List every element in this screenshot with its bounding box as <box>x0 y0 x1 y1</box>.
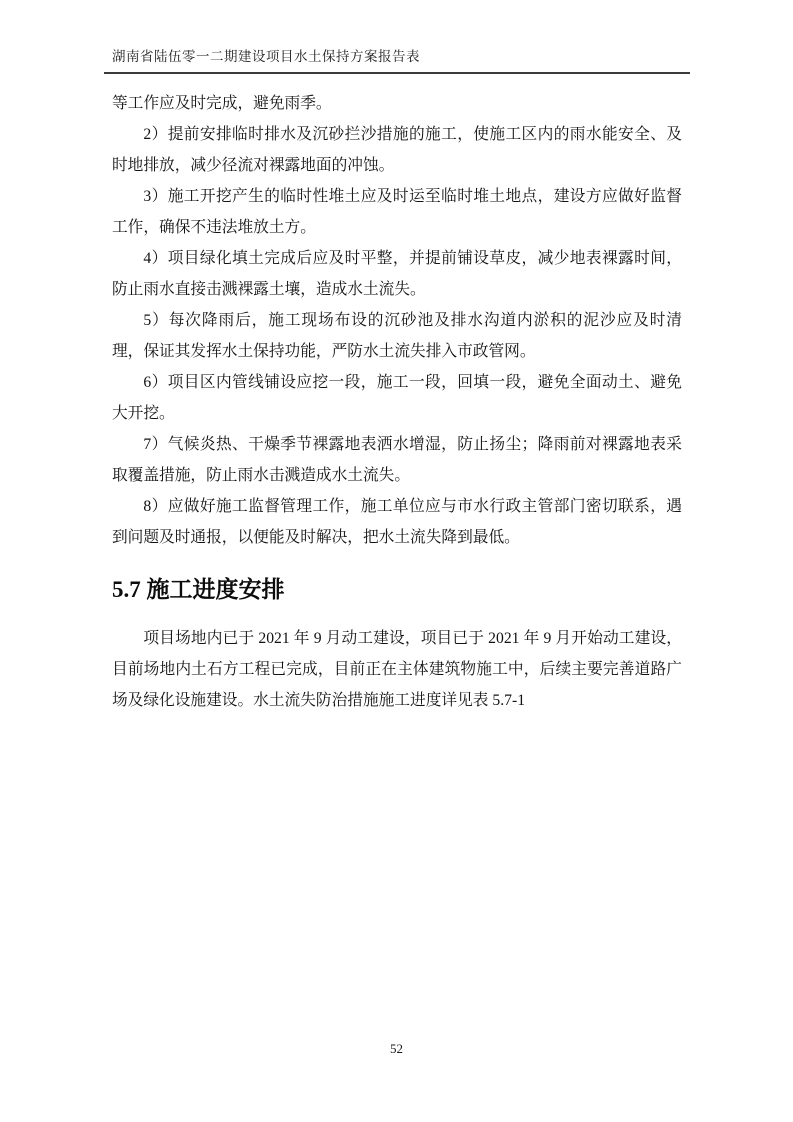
page-number: 52 <box>390 1041 403 1056</box>
continuation-paragraph: 等工作应及时完成，避免雨季。 <box>112 88 682 119</box>
numbered-item-5: 5）每次降雨后，施工现场布设的沉砂池及排水沟道内淤积的泥沙应及时清理，保证其发挥… <box>112 305 682 367</box>
numbered-item-6: 6）项目区内管线铺设应挖一段，施工一段，回填一段，避免全面动土、避免大开挖。 <box>112 367 682 429</box>
page-header: 湖南省陆伍零一二期建设项目水土保持方案报告表 <box>104 48 690 74</box>
document-body: 等工作应及时完成，避免雨季。 2）提前安排临时排水及沉砂拦沙措施的施工，使施工区… <box>112 88 682 716</box>
numbered-item-2: 2）提前安排临时排水及沉砂拦沙措施的施工，使施工区内的雨水能安全、及时地排放，减… <box>112 119 682 181</box>
page-footer: 52 <box>0 1040 793 1058</box>
section-paragraph: 项目场地内已于 2021 年 9 月动工建设，项目已于 2021 年 9 月开始… <box>112 623 682 716</box>
numbered-item-8: 8）应做好施工监督管理工作，施工单位应与市水行政主管部门密切联系，遇到问题及时通… <box>112 491 682 553</box>
document-page: 湖南省陆伍零一二期建设项目水土保持方案报告表 等工作应及时完成，避免雨季。 2）… <box>0 0 793 1122</box>
numbered-item-3: 3）施工开挖产生的临时性堆土应及时运至临时堆土地点，建设方应做好监督工作，确保不… <box>112 181 682 243</box>
numbered-item-7: 7）气候炎热、干燥季节裸露地表洒水增湿，防止扬尘；降雨前对裸露地表采取覆盖措施，… <box>112 429 682 491</box>
section-heading: 5.7 施工进度安排 <box>112 575 682 605</box>
header-title: 湖南省陆伍零一二期建设项目水土保持方案报告表 <box>104 48 690 66</box>
numbered-item-4: 4）项目绿化填土完成后应及时平整，并提前铺设草皮，减少地表裸露时间，防止雨水直接… <box>112 243 682 305</box>
